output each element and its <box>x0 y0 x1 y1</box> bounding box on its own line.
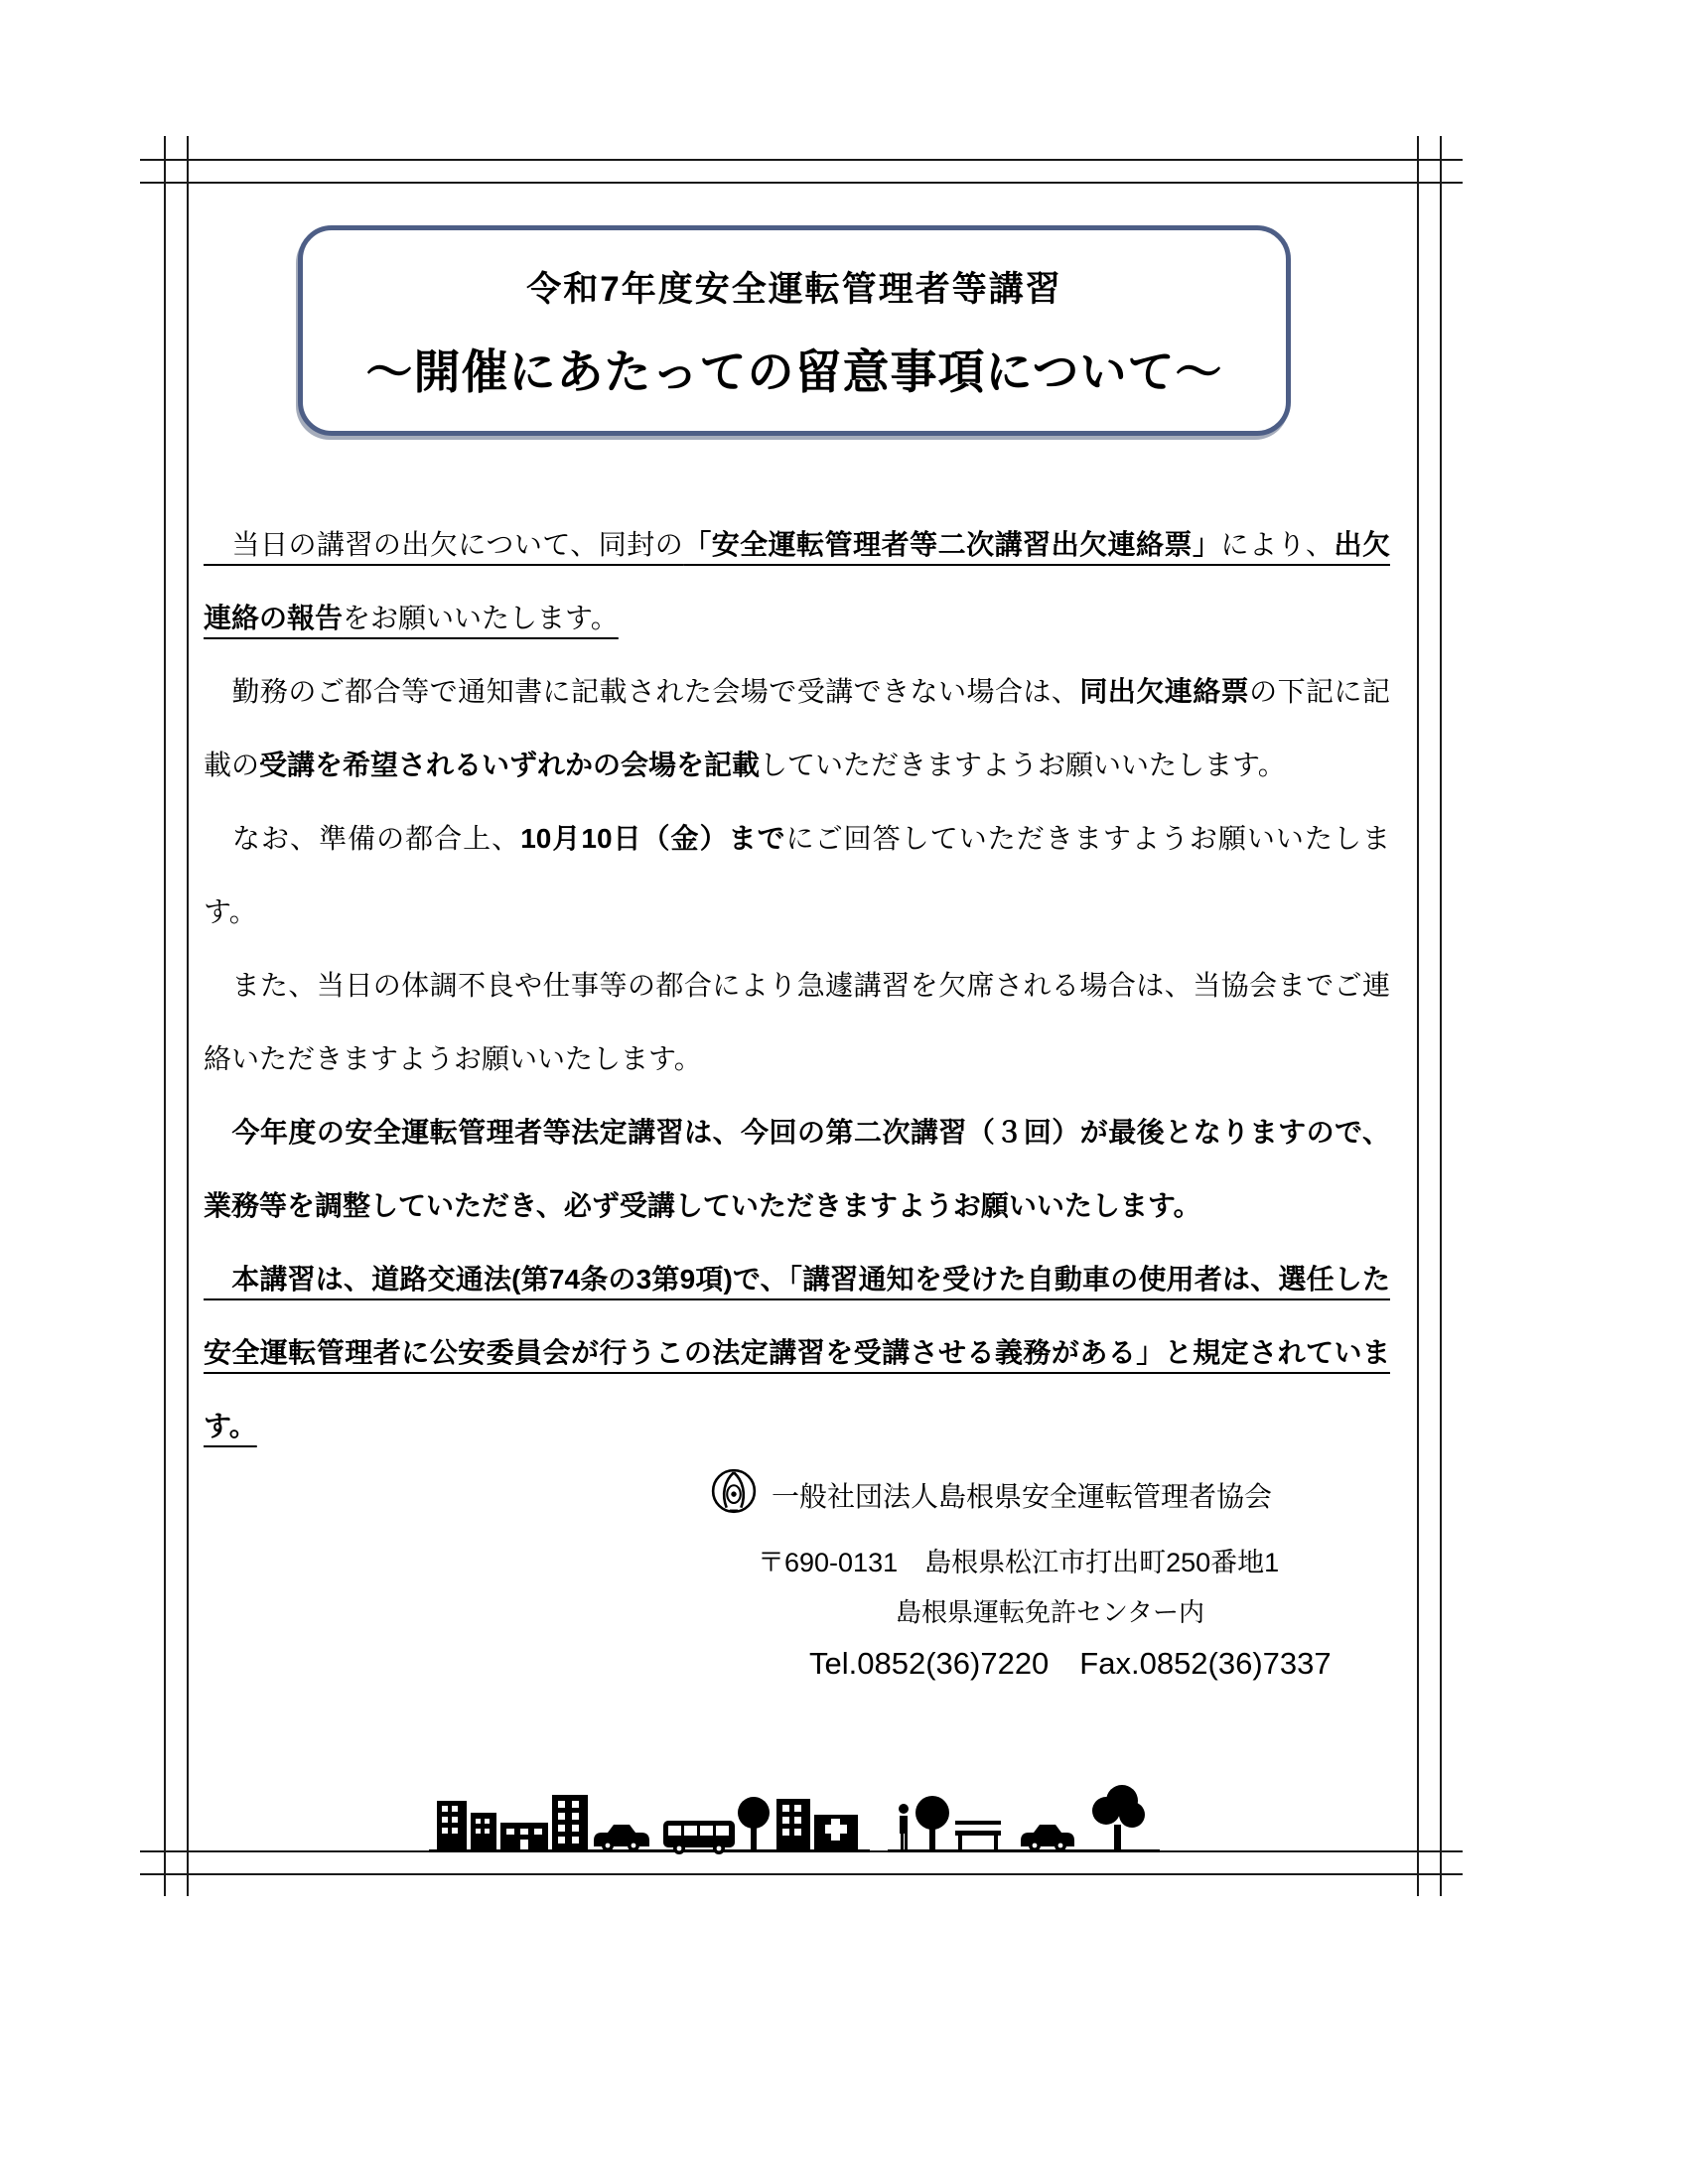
document-subtitle: ～開催にあたっての留意事項について～ <box>303 336 1286 402</box>
tel-fax-line: Tel.0852(36)7220 Fax.0852(36)7337 <box>809 1638 1332 1683</box>
body-paragraph: 今年度の安全運転管理者等法定講習は、今回の第二次講習（３回）が最後となりますので… <box>204 1096 1390 1243</box>
border-line-left-outer <box>164 136 166 1896</box>
body-paragraph: なお、準備の都合上、10月10日（金）までにご回答していただきますようお願いいた… <box>204 802 1390 949</box>
postal-address: 〒690-0131 島根県松江市打出町250番地1 <box>758 1541 1279 1579</box>
border-line-bottom-outer <box>140 1873 1463 1875</box>
border-line-right-inner <box>1417 136 1419 1896</box>
body-paragraph: また、当日の体調不良や仕事等の都合により急遽講習を欠席される場合は、当協会までご… <box>204 949 1390 1096</box>
border-line-left-inner <box>187 136 189 1896</box>
title-box: 令和7年度安全運転管理者等講習 ～開催にあたっての留意事項について～ <box>298 225 1291 436</box>
border-line-top-outer <box>140 159 1463 161</box>
border-line-right-outer <box>1440 136 1442 1896</box>
address-line2: 島根県運転免許センター内 <box>896 1592 1204 1629</box>
body-text: 当日の講習の出欠について、同封の「安全運転管理者等二次講習出欠連絡票」により、出… <box>204 508 1390 1463</box>
signature-organization-row: 一般社団法人島根県安全運転管理者協会 <box>710 1467 1272 1522</box>
body-paragraph: 勤務のご都合等で通知書に記載された会場で受講できない場合は、同出欠連絡票の下記に… <box>204 655 1390 802</box>
body-paragraph: 当日の講習の出欠について、同封の「安全運転管理者等二次講習出欠連絡票」により、出… <box>204 508 1390 655</box>
association-logo-icon <box>710 1467 758 1522</box>
organization-name: 一般社団法人島根県安全運転管理者協会 <box>772 1475 1272 1515</box>
body-paragraph: 本講習は、道路交通法(第74条の3第9項)で、「講習通知を受けた自動車の使用者は… <box>204 1243 1390 1463</box>
cityscape-graphic <box>427 1771 1162 1859</box>
document-title: 令和7年度安全運転管理者等講習 <box>303 262 1286 312</box>
document-page: 令和7年度安全運転管理者等講習 ～開催にあたっての留意事項について～ 当日の講習… <box>0 0 1688 2184</box>
border-line-top-inner <box>140 182 1463 184</box>
